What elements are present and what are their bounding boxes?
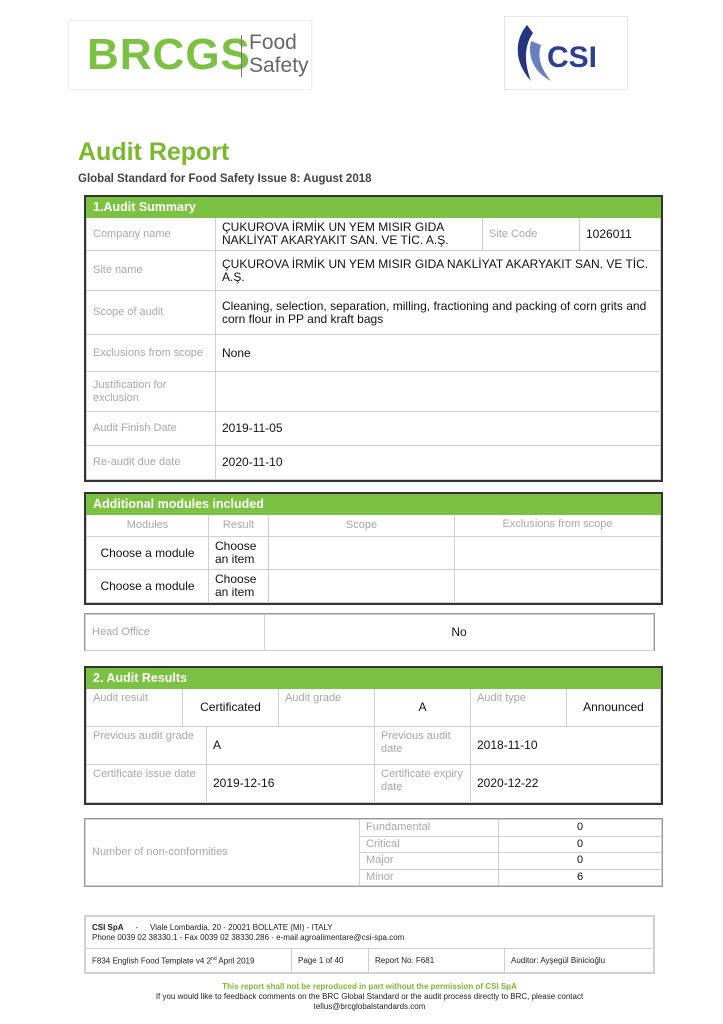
site-code-label: Site Code [483, 218, 580, 251]
scope-value: Cleaning, selection, separation, milling… [216, 291, 661, 335]
footer-contact: Phone 0039 02 38330.1 - Fax 0039 02 3833… [92, 933, 404, 942]
page-subtitle: Global Standard for Food Safety Issue 8:… [78, 173, 372, 185]
reaudit-date-value: 2020-11-10 [216, 446, 661, 480]
module-row: Choose a module Choose an item [87, 537, 661, 570]
additional-modules-heading: Additional modules included [87, 495, 661, 515]
feedback-email[interactable]: tellus@brcglobalstandards.com [84, 1002, 655, 1012]
nc-category: Critical [360, 836, 499, 853]
footer-separator: - [126, 923, 148, 933]
footer-template: F834 English Food Template v4 2nd April … [86, 949, 292, 973]
head-office-table: Head Office No [84, 613, 655, 651]
module-row: Choose a module Choose an item [87, 570, 661, 603]
tagline-line1: Food [249, 31, 309, 54]
brcgs-logo-mark: BRCGS [87, 29, 251, 81]
tagline-line2: Safety [249, 54, 309, 77]
audit-summary-table: 1.Audit Summary Company name ÇUKUROVA İR… [84, 195, 663, 482]
brcgs-logo-tagline: Food Safety [249, 31, 309, 77]
template-date: April 2019 [217, 957, 255, 966]
audit-summary-heading: 1.Audit Summary [87, 198, 661, 218]
nc-category: Fundamental [360, 820, 499, 837]
footer-address-block: CSI SpA - Viale Lombardia, 20 - 20021 BO… [86, 917, 654, 949]
nc-count: 6 [499, 869, 662, 886]
finish-date-label: Audit Finish Date [87, 412, 216, 446]
footer-report-no: Report No. F681 [369, 949, 505, 973]
module-select[interactable]: Choose a module [87, 537, 209, 570]
scope-label: Scope of audit [87, 291, 216, 335]
page-title: Audit Report [78, 138, 229, 167]
justification-label: Justification for exclusion [87, 372, 216, 412]
cert-expiry-value: 2020-12-22 [471, 765, 661, 803]
non-conformities-table: Number of non-conformities Fundamental 0… [84, 818, 663, 887]
finish-date-value: 2019-11-05 [216, 412, 661, 446]
module-select[interactable]: Choose a module [87, 570, 209, 603]
footer-page: Page 1 of 40 [292, 949, 369, 973]
csi-logo: CSI [504, 16, 628, 90]
csi-swoosh-icon: CSI [505, 17, 629, 91]
footer-auditor: Auditor: Ayşegül Binicioğlu [505, 949, 654, 973]
site-code-value: 1026011 [580, 218, 661, 251]
template-text: F834 English Food Template v4 2 [92, 957, 211, 966]
additional-modules-table: Additional modules included Modules Resu… [84, 492, 663, 605]
audit-results-table: 2. Audit Results Audit result Certificat… [84, 666, 663, 805]
col-modules: Modules [87, 515, 209, 537]
logo-divider [241, 35, 242, 77]
reaudit-date-label: Re-audit due date [87, 446, 216, 480]
head-office-label: Head Office [86, 615, 265, 651]
previous-grade-label: Previous audit grade [87, 727, 207, 765]
audit-grade-value: A [375, 689, 471, 727]
module-exclusions[interactable] [455, 570, 661, 603]
cert-issue-value: 2019-12-16 [207, 765, 375, 803]
site-name-label: Site name [87, 251, 216, 291]
nc-count: 0 [499, 853, 662, 870]
justification-value [216, 372, 661, 412]
audit-type-value: Announced [567, 689, 661, 727]
cert-expiry-label: Certificate expiry date [375, 765, 471, 803]
nc-row: Number of non-conformities Fundamental 0 [86, 820, 662, 837]
col-scope: Scope [269, 515, 455, 537]
audit-result-label: Audit result [87, 689, 183, 727]
audit-result-value: Certificated [183, 689, 279, 727]
company-name-label: Company name [87, 218, 216, 251]
result-select[interactable]: Choose an item [209, 537, 269, 570]
svg-text:CSI: CSI [547, 41, 597, 74]
col-exclusions: Exclusions from scope [455, 515, 661, 537]
audit-type-label: Audit type [471, 689, 567, 727]
cert-issue-label: Certificate issue date [87, 765, 207, 803]
module-scope[interactable] [269, 570, 455, 603]
company-name-value: ÇUKUROVA İRMİK UN YEM MISIR GIDA NAKLİYA… [216, 218, 483, 251]
module-exclusions[interactable] [455, 537, 661, 570]
footer-address: Viale Lombardia, 20 - 20021 BOLLATE (MI)… [150, 923, 333, 932]
previous-grade-value: A [207, 727, 375, 765]
previous-date-value: 2018-11-10 [471, 727, 661, 765]
result-select[interactable]: Choose an item [209, 570, 269, 603]
reproduction-warning: This report shall not be reproduced in p… [84, 982, 655, 992]
brcgs-logo: BRCGS Food Safety [68, 20, 312, 90]
non-conformities-label: Number of non-conformities [86, 820, 360, 886]
nc-count: 0 [499, 820, 662, 837]
site-name-value: ÇUKUROVA İRMİK UN YEM MISIR GIDA NAKLİYA… [216, 251, 661, 291]
module-scope[interactable] [269, 537, 455, 570]
previous-date-label: Previous audit date [375, 727, 471, 765]
col-result: Result [209, 515, 269, 537]
footer-company: CSI SpA [92, 923, 124, 932]
feedback-text: If you would like to feedback comments o… [84, 992, 655, 1002]
exclusions-label: Exclusions from scope [87, 335, 216, 372]
audit-grade-label: Audit grade [279, 689, 375, 727]
nc-category: Minor [360, 869, 499, 886]
exclusions-value: None [216, 335, 661, 372]
nc-category: Major [360, 853, 499, 870]
head-office-value: No [265, 615, 654, 651]
nc-count: 0 [499, 836, 662, 853]
disclaimer: This report shall not be reproduced in p… [84, 982, 655, 1012]
audit-results-heading: 2. Audit Results [87, 669, 661, 689]
page-footer: CSI SpA - Viale Lombardia, 20 - 20021 BO… [84, 915, 655, 974]
